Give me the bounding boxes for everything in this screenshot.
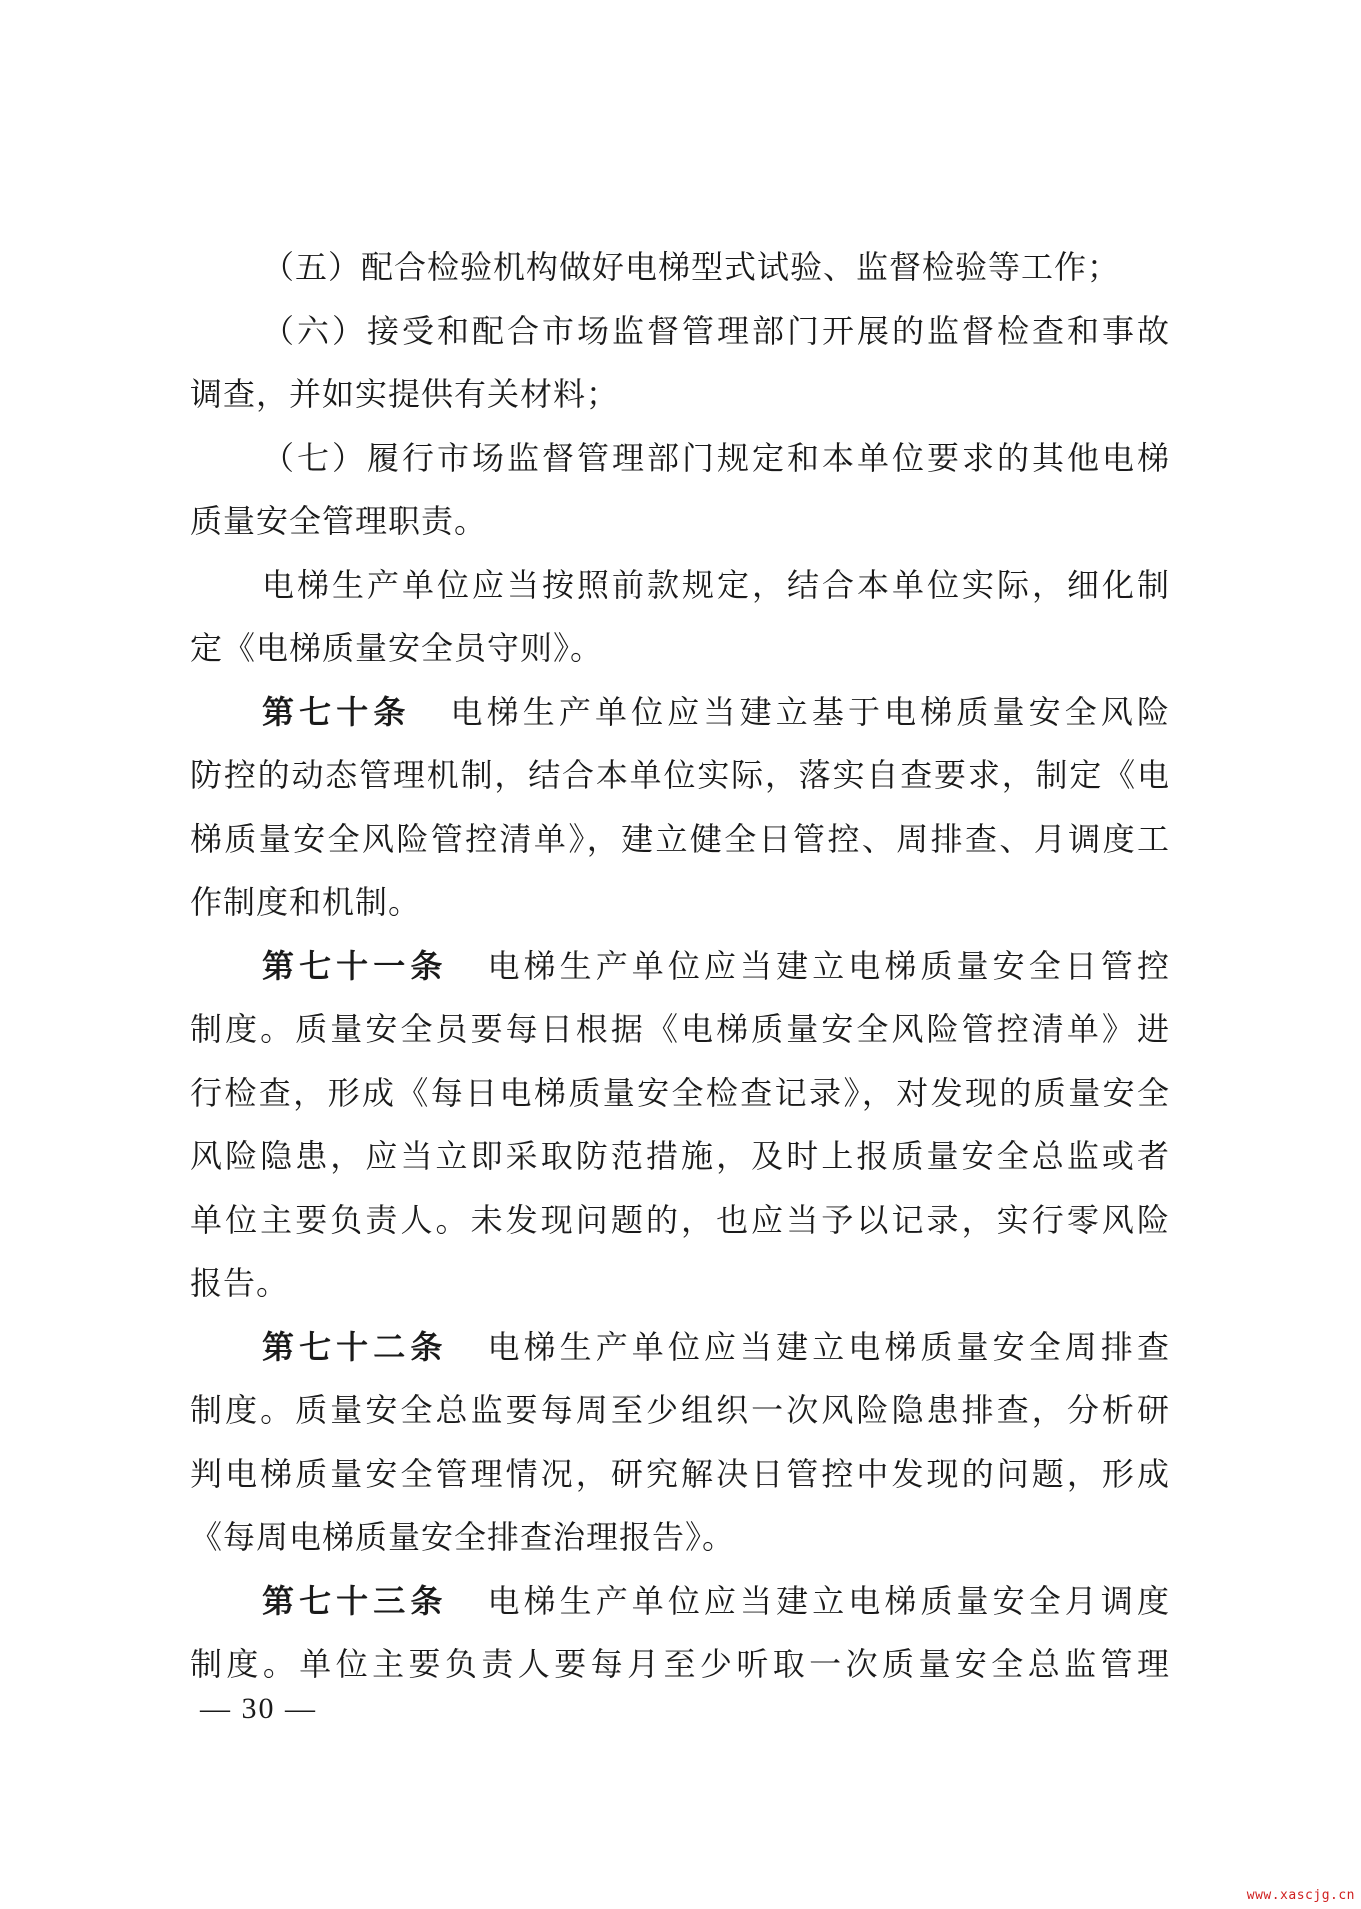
article-72-line-2: 制度。质量安全总监要每周至少组织一次风险隐患排查，分析研 bbox=[190, 1379, 1170, 1443]
article-72-number: 第七十二条 bbox=[262, 1328, 447, 1366]
article-70-line-4: 作制度和机制。 bbox=[190, 871, 1170, 935]
article-71-line-3: 行检查，形成《每日电梯质量安全检查记录》，对发现的质量安全 bbox=[190, 1062, 1170, 1126]
paragraph-closing-line-1: 电梯生产单位应当按照前款规定，结合本单位实际，细化制 bbox=[190, 554, 1170, 618]
article-71-line-5: 单位主要负责人。未发现问题的，也应当予以记录，实行零风险 bbox=[190, 1189, 1170, 1253]
article-71-line-1: 第七十一条电梯生产单位应当建立电梯质量安全日管控 bbox=[190, 935, 1170, 999]
article-72-text: 电梯生产单位应当建立电梯质量安全周排查 bbox=[487, 1328, 1170, 1366]
article-72-line-4: 《每周电梯质量安全排查治理报告》。 bbox=[190, 1506, 1170, 1570]
paragraph-item-7-line-1: （七）履行市场监督管理部门规定和本单位要求的其他电梯 bbox=[190, 427, 1170, 491]
article-71-text: 电梯生产单位应当建立电梯质量安全日管控 bbox=[487, 947, 1170, 985]
article-70-line-2: 防控的动态管理机制，结合本单位实际，落实自查要求，制定《电 bbox=[190, 744, 1170, 808]
watermark: www.xascjg.cn bbox=[1247, 1888, 1355, 1903]
article-71-number: 第七十一条 bbox=[262, 947, 447, 985]
page-number: — 30 — bbox=[200, 1692, 317, 1726]
article-73-line-1: 第七十三条电梯生产单位应当建立电梯质量安全月调度 bbox=[190, 1570, 1170, 1634]
article-72-line-3: 判电梯质量安全管理情况，研究解决日管控中发现的问题，形成 bbox=[190, 1443, 1170, 1507]
article-73-line-2: 制度。单位主要负责人要每月至少听取一次质量安全总监管理 bbox=[190, 1633, 1170, 1697]
article-72-line-1: 第七十二条电梯生产单位应当建立电梯质量安全周排查 bbox=[190, 1316, 1170, 1380]
article-71-line-6: 报告。 bbox=[190, 1252, 1170, 1316]
article-73-number: 第七十三条 bbox=[262, 1582, 447, 1620]
article-71-line-4: 风险隐患，应当立即采取防范措施，及时上报质量安全总监或者 bbox=[190, 1125, 1170, 1189]
paragraph-item-5-line-1: （五）配合检验机构做好电梯型式试验、监督检验等工作； bbox=[190, 236, 1170, 300]
document-body: （五）配合检验机构做好电梯型式试验、监督检验等工作； （六）接受和配合市场监督管… bbox=[190, 236, 1170, 1697]
article-70-number: 第七十条 bbox=[262, 693, 411, 731]
article-70-text: 电梯生产单位应当建立基于电梯质量安全风险 bbox=[451, 693, 1170, 731]
paragraph-item-6-line-1: （六）接受和配合市场监督管理部门开展的监督检查和事故 bbox=[190, 300, 1170, 364]
article-71-line-2: 制度。质量安全员要每日根据《电梯质量安全风险管控清单》进 bbox=[190, 998, 1170, 1062]
article-73-text: 电梯生产单位应当建立电梯质量安全月调度 bbox=[487, 1582, 1170, 1620]
paragraph-closing-line-2: 定《电梯质量安全员守则》。 bbox=[190, 617, 1170, 681]
paragraph-item-7-line-2: 质量安全管理职责。 bbox=[190, 490, 1170, 554]
article-70-line-3: 梯质量安全风险管控清单》，建立健全日管控、周排查、月调度工 bbox=[190, 808, 1170, 872]
article-70-line-1: 第七十条电梯生产单位应当建立基于电梯质量安全风险 bbox=[190, 681, 1170, 745]
paragraph-item-6-line-2: 调查，并如实提供有关材料； bbox=[190, 363, 1170, 427]
